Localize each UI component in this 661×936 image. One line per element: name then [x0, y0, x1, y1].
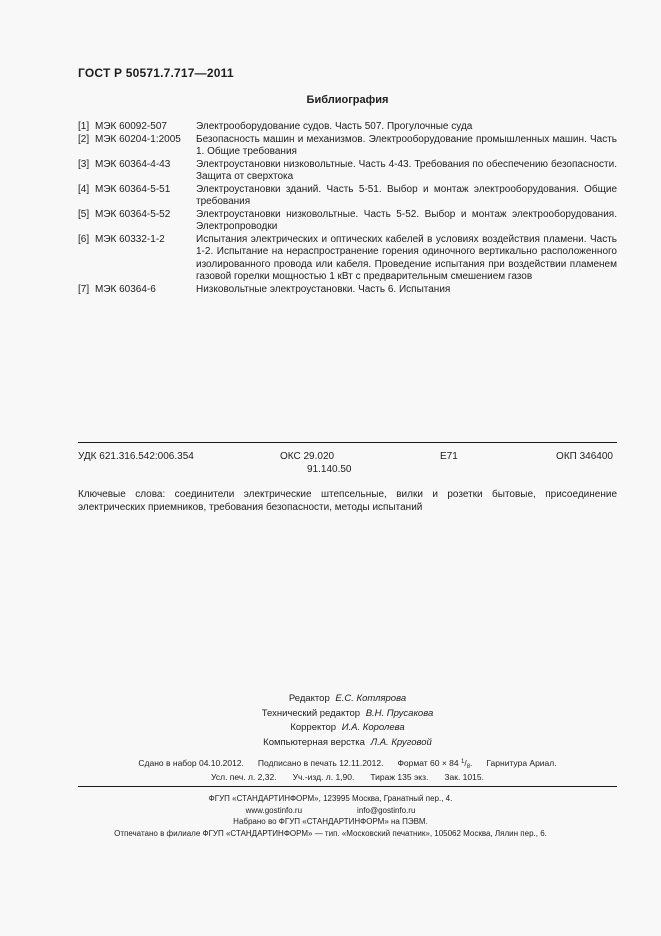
oks-line1: ОКС 29.020 [280, 451, 334, 462]
bibliography-item: [4] МЭК 60364-5-51 Электроустановки здан… [78, 184, 617, 209]
item-description: Электроустановки низковольтные. Часть 5-… [196, 209, 617, 234]
ref-label: [3] [78, 159, 95, 172]
pub-sheets: Уч.-изд. л. 1,90. [293, 772, 355, 782]
ref-label: [2] [78, 134, 95, 147]
standard-code: МЭК 60364-5-51 [95, 184, 196, 197]
item-description: Электроустановки низковольтные. Часть 4-… [196, 159, 617, 184]
ref-label: [4] [78, 184, 95, 197]
credit-role: Корректор [290, 722, 336, 733]
gostinfo-email: info@gostinfo.ru [357, 805, 415, 817]
print-date: Подписано в печать 12.11.2012. [258, 758, 384, 770]
standard-code: МЭК 60364-4-43 [95, 159, 196, 172]
paper-format: Формат 60 × 84 1/8. [397, 758, 472, 770]
publisher-contacts: www.gostinfo.ru info@gostinfo.ru [30, 805, 631, 817]
bibliography-item: [2] МЭК 60204-1:2005 Безопасность машин … [78, 134, 617, 159]
item-description: Электроустановки зданий. Часть 5-51. Выб… [196, 184, 617, 209]
credit-name: В.Н. Прусакова [366, 708, 434, 719]
gostinfo-url: www.gostinfo.ru [246, 805, 302, 817]
bibliography-item: [6] МЭК 60332-1-2 Испытания электрически… [78, 234, 617, 284]
credits-block: Редактор Е.С. Котлярова Технический реда… [78, 692, 617, 750]
oks-line2: 91.140.50 [307, 464, 352, 475]
ref-label: [7] [78, 284, 95, 297]
item-description: Электрооборудование судов. Часть 507. Пр… [196, 121, 617, 134]
publisher-block: ФГУП «СТАНДАРТИНФОРМ», 123995 Москва, Гр… [30, 793, 631, 839]
standard-code: МЭК 60092-507 [95, 121, 196, 134]
standard-code: МЭК 60332-1-2 [95, 234, 196, 247]
typeset-date: Сдано в набор 04.10.2012. [138, 758, 244, 770]
credit-line: Корректор И.А. Королева [78, 721, 617, 736]
oks-codes: ОКС 29.020 91.140.50 [280, 450, 352, 476]
typesetting-note: Набрано во ФГУП «СТАНДАРТИНФОРМ» на ПЭВМ… [30, 816, 631, 828]
bibliography-item: [1] МЭК 60092-507 Электрооборудование су… [78, 121, 617, 134]
credit-role: Технический редактор [262, 708, 360, 719]
horizontal-divider [78, 786, 617, 787]
bibliography-item: [5] МЭК 60364-5-52 Электроустановки низк… [78, 209, 617, 234]
printing-note: Отпечатано в филиале ФГУП «СТАНДАРТИНФОР… [30, 828, 631, 840]
ref-label: [6] [78, 234, 95, 247]
typeface-note: Гарнитура Ариал. [486, 758, 556, 770]
credit-name: И.А. Королева [342, 722, 405, 733]
item-description: Низковольтные электроустановки. Часть 6.… [196, 284, 617, 297]
okp-code: ОКП 346400 [556, 450, 613, 463]
group-code: Е71 [440, 450, 458, 463]
bibliography-item: [3] МЭК 60364-4-43 Электроустановки низк… [78, 159, 617, 184]
bibliography-list: [1] МЭК 60092-507 Электрооборудование су… [78, 121, 617, 296]
keywords-paragraph: Ключевые слова: соединители электрически… [78, 488, 617, 514]
credit-name: Е.С. Котлярова [335, 693, 406, 704]
doc-code: ГОСТ Р 50571.7.717—2011 [78, 66, 234, 80]
horizontal-divider [78, 442, 617, 443]
document-page: ГОСТ Р 50571.7.717—2011 Библиография [1]… [0, 0, 661, 936]
imprint-line1: Сдано в набор 04.10.2012. Подписано в пе… [78, 758, 617, 770]
credit-role: Компьютерная верстка [263, 737, 365, 748]
item-description: Испытания электрических и оптических каб… [196, 234, 617, 284]
publisher-address: ФГУП «СТАНДАРТИНФОРМ», 123995 Москва, Гр… [30, 793, 631, 805]
standard-code: МЭК 60364-6 [95, 284, 196, 297]
credit-line: Технический редактор В.Н. Прусакова [78, 707, 617, 722]
credit-line: Компьютерная верстка Л.А. Круговой [78, 736, 617, 751]
standard-code: МЭК 60204-1:2005 [95, 134, 196, 147]
print-run: Тираж 135 экз. [370, 772, 428, 782]
imprint-line2: Усл. печ. л. 2,32. Уч.-изд. л. 1,90. Тир… [78, 772, 617, 782]
classification-row: УДК 621.316.542:006.354 ОКС 29.020 91.14… [0, 450, 661, 478]
ref-label: [5] [78, 209, 95, 222]
section-title: Библиография [78, 94, 617, 106]
udk-code: УДК 621.316.542:006.354 [78, 450, 194, 463]
item-description: Безопасность машин и механизмов. Электро… [196, 134, 617, 159]
bibliography-item: [7] МЭК 60364-6 Низковольтные электроуст… [78, 284, 617, 297]
standard-code: МЭК 60364-5-52 [95, 209, 196, 222]
order-number: Зак. 1015. [444, 772, 484, 782]
credit-role: Редактор [289, 693, 330, 704]
credit-line: Редактор Е.С. Котлярова [78, 692, 617, 707]
ref-label: [1] [78, 121, 95, 134]
print-sheets: Усл. печ. л. 2,32. [211, 772, 277, 782]
credit-name: Л.А. Круговой [371, 737, 432, 748]
fraction: 1/8 [461, 758, 470, 768]
